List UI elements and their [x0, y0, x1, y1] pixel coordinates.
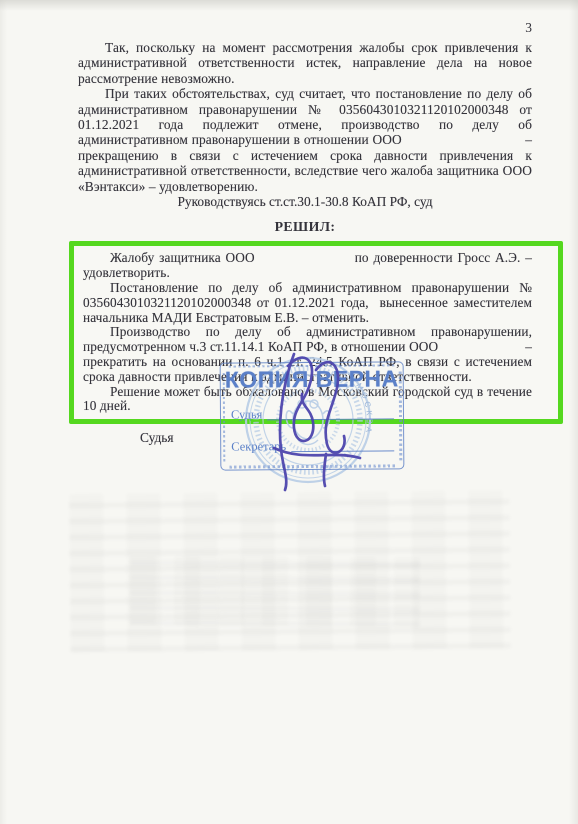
- copy-certification-stamp: МОСКВА КОПИЯ ВЕРНА Судья Секретарь: [198, 348, 438, 500]
- paragraph-guided-by: Руководствуясь ст.ст.30.1-30.8 КоАП РФ, …: [78, 194, 532, 209]
- page-number: 3: [78, 20, 532, 36]
- handwritten-signature: [228, 350, 378, 495]
- decision-paragraph-cancel: Постановление по делу об административно…: [83, 281, 532, 325]
- paragraph-no-new-review: Так, поскольку на момент рассмотрения жа…: [78, 40, 532, 86]
- scanned-court-decision-page: 3 Так, поскольку на момент рассмотрения …: [0, 0, 578, 824]
- reverse-side-bleed-through: [69, 490, 510, 652]
- decision-paragraph-satisfy: Жалобу защитника ООО по доверенности Гро…: [83, 251, 532, 281]
- reverse-side-bleed-through: [130, 555, 420, 627]
- decision-heading: РЕШИЛ:: [78, 219, 532, 235]
- paragraph-circumstances: При таких обстоятельствах, суд считает, …: [78, 86, 532, 194]
